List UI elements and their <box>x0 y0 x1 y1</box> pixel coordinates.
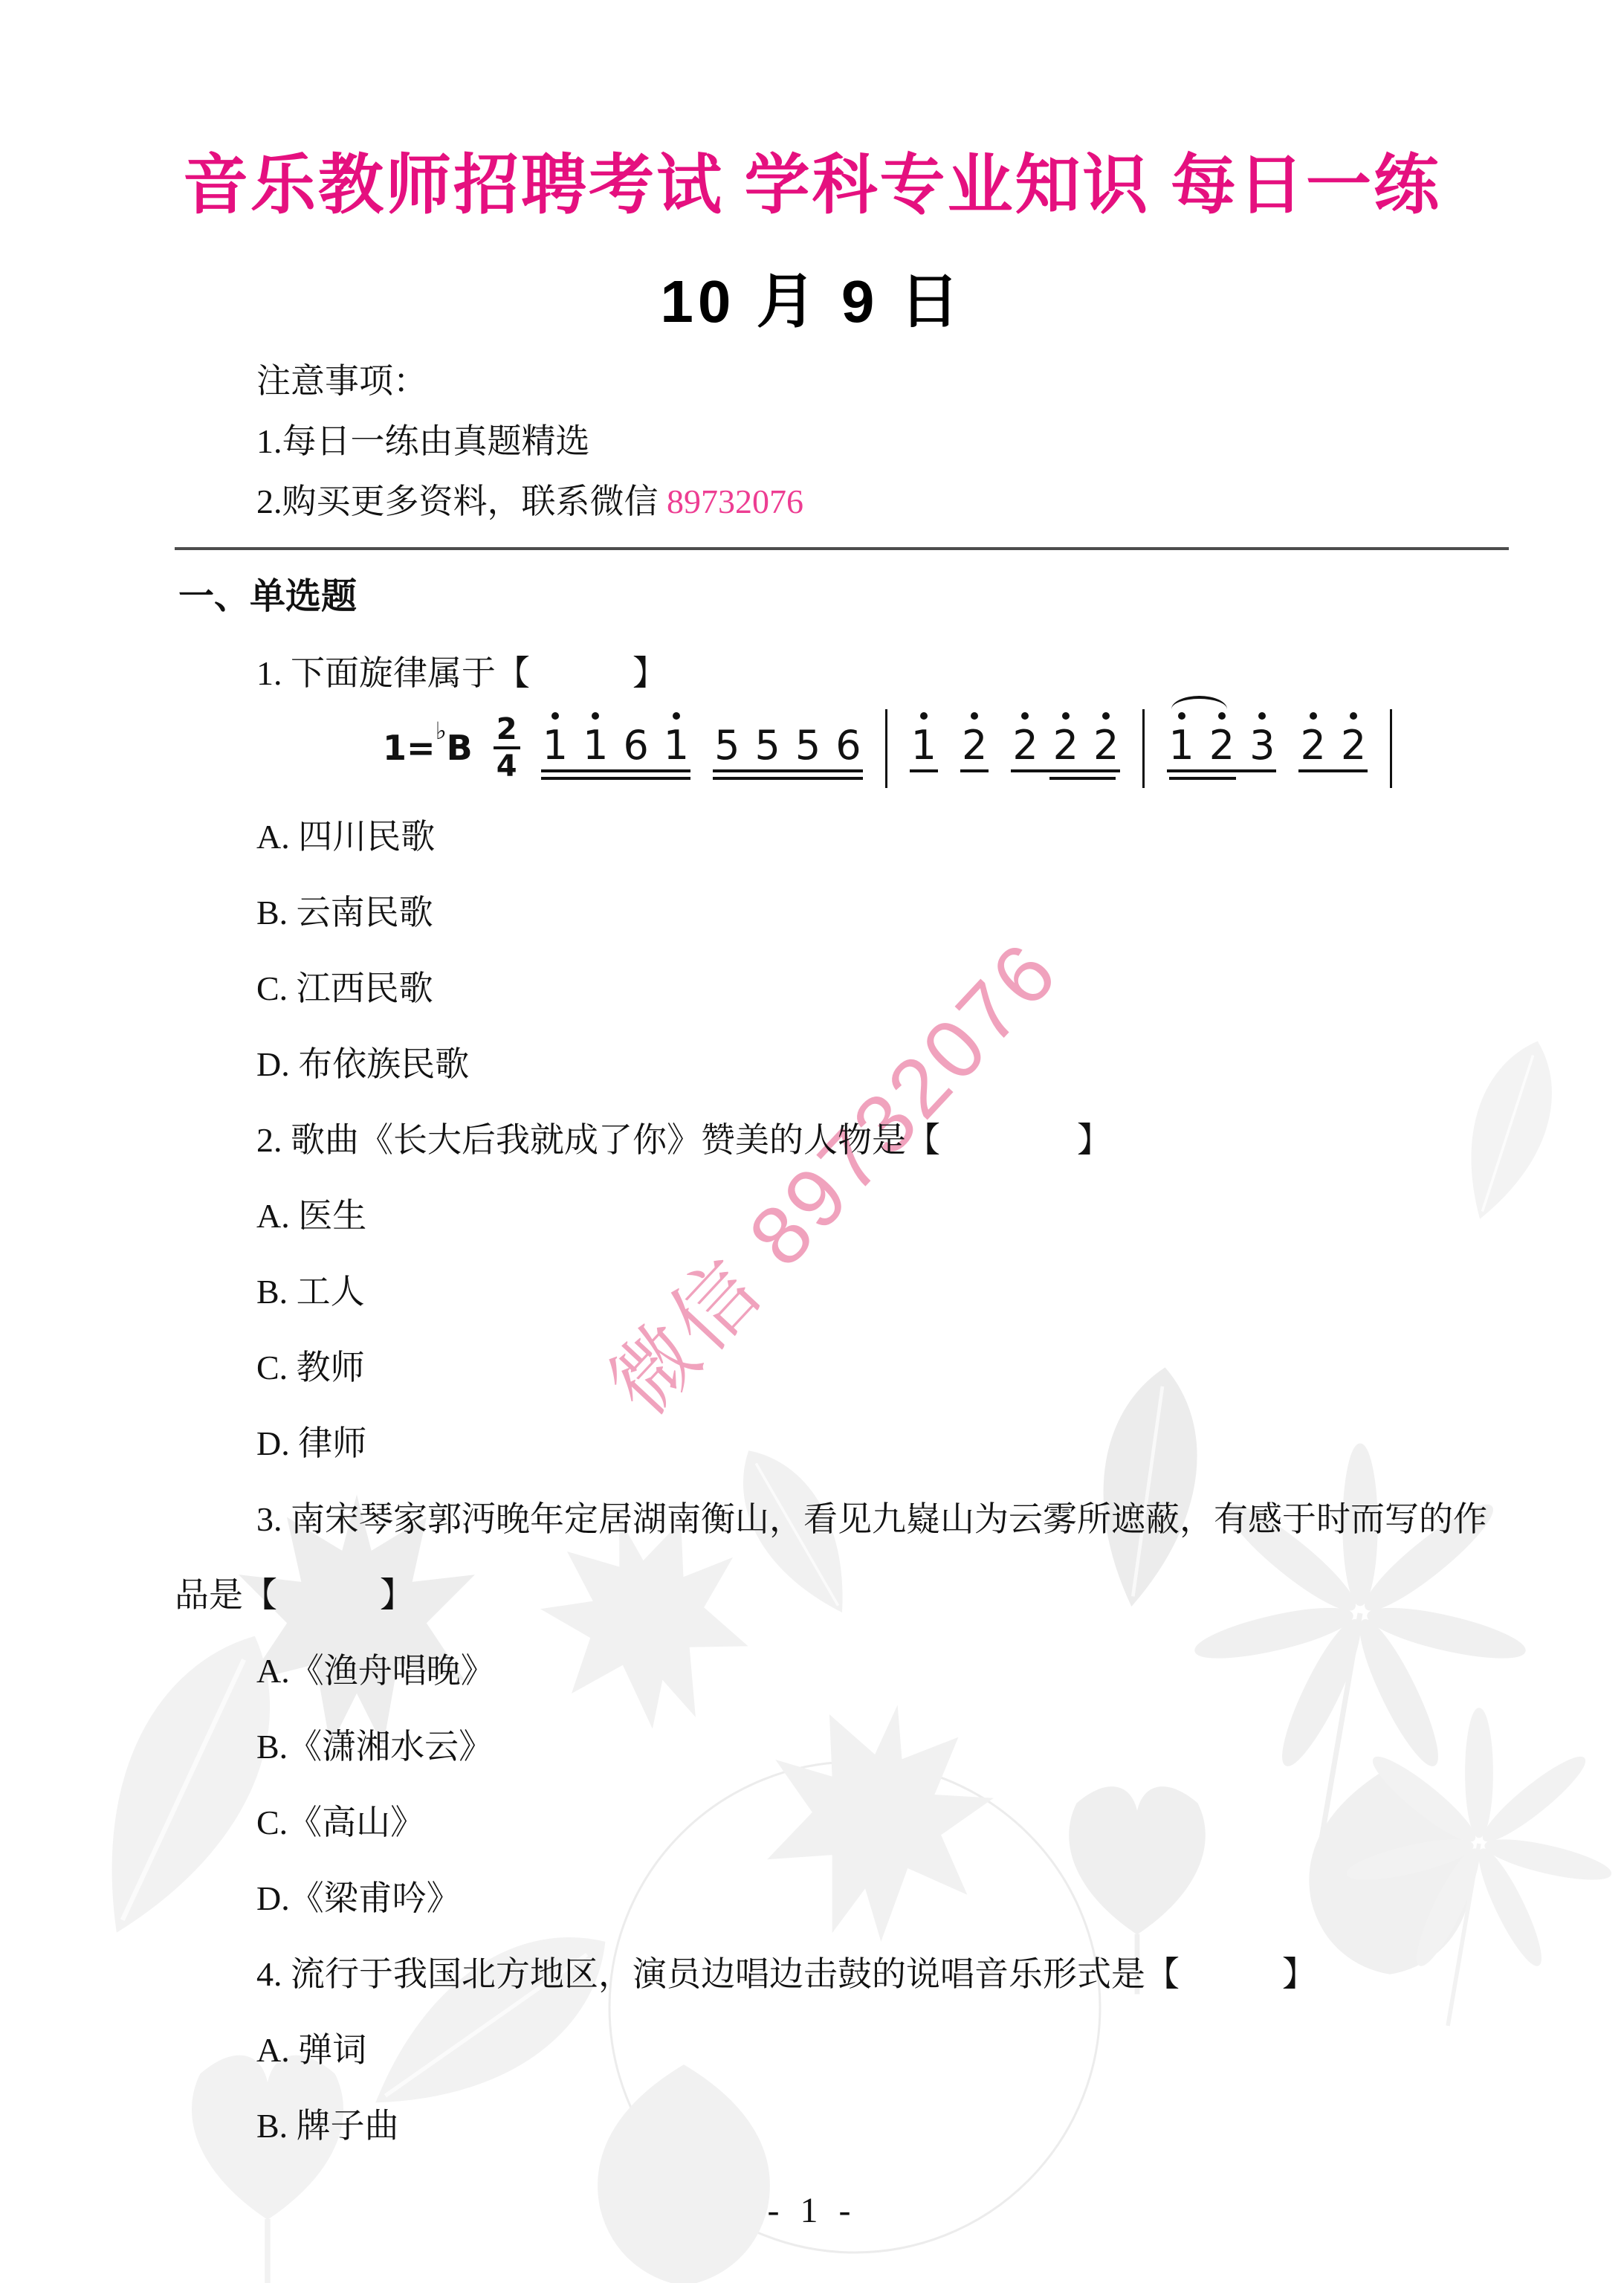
notes-heading: 注意事项： <box>256 362 427 401</box>
notes-row: 116155561222212322 <box>541 708 1392 788</box>
question-4-option-b: B. 牌子曲 <box>256 2107 399 2146</box>
question-1-option-a: A. 四川民歌 <box>256 818 435 857</box>
note-digit: 2 <box>1093 722 1119 769</box>
question-3-option-b: B.《潇湘水云》 <box>256 1728 493 1767</box>
beam-line <box>713 769 862 772</box>
octave-dot <box>592 712 599 720</box>
note-digit: 1 <box>543 722 568 769</box>
question-3-option-d: D.《梁甫吟》 <box>256 1879 461 1919</box>
question-3-option-c: C.《高山》 <box>256 1804 424 1843</box>
beam-line <box>1298 769 1368 772</box>
octave-dot <box>551 712 559 720</box>
note-group: 1 <box>910 708 938 766</box>
beam-line <box>541 777 690 780</box>
note: 1 <box>911 708 936 766</box>
note: 2 <box>1300 708 1325 766</box>
note-digit: 2 <box>1209 722 1235 769</box>
slur <box>1171 696 1227 723</box>
note-group: 2 <box>960 708 989 766</box>
note: 2 <box>1341 708 1366 766</box>
note: 1 <box>664 708 689 766</box>
notes-item-2: 2.购买更多资料，联系微信 89732076 <box>256 482 803 522</box>
note-digit: 6 <box>623 722 648 769</box>
question-4-option-a: A. 弹词 <box>256 2031 366 2070</box>
note: 1 <box>543 708 568 766</box>
note-group: 222 <box>1011 708 1120 766</box>
note-group: 1161 <box>541 708 690 766</box>
note-group: 123 <box>1167 708 1276 766</box>
octave-dot <box>920 712 928 720</box>
octave-dot <box>1102 712 1110 720</box>
beam-line <box>541 769 690 772</box>
beam-line <box>1049 777 1116 780</box>
note-digit: 5 <box>714 722 740 769</box>
flat-icon: ♭ <box>436 719 447 743</box>
octave-dot <box>1021 712 1029 720</box>
note: 5 <box>714 708 740 766</box>
beam-line <box>960 769 989 772</box>
beam-line <box>910 769 938 772</box>
key-prefix: 1= <box>383 731 436 765</box>
octave-dot <box>1350 712 1357 720</box>
note: 2 <box>1012 708 1038 766</box>
key-signature: 1=♭B <box>383 731 473 765</box>
question-1-option-b: B. 云南民歌 <box>256 894 433 933</box>
notes-item-2-text: 2.购买更多资料，联系微信 <box>256 482 667 520</box>
barline <box>885 709 887 788</box>
wechat-number: 89732076 <box>667 482 803 520</box>
note-digit: 5 <box>795 722 821 769</box>
octave-dot <box>1062 712 1070 720</box>
question-1-option-c: C. 江西民歌 <box>256 969 433 1009</box>
octave-dot <box>673 712 680 720</box>
note: 5 <box>795 708 821 766</box>
note-digit: 1 <box>1168 722 1194 769</box>
question-1-text: 1. 下面旋律属于【 】 <box>256 654 667 694</box>
note-digit: 6 <box>835 722 861 769</box>
exam-page: 微信 89732076 音乐教师招聘考试 学科专业知识 每日一练 10 月 9 … <box>0 0 1624 2283</box>
question-2-text: 2. 歌曲《长大后我就成了你》赞美的人物是【 】 <box>256 1121 1111 1160</box>
note: 1 <box>583 708 608 766</box>
divider-line <box>175 547 1509 550</box>
time-signature-bottom: 4 <box>496 752 517 781</box>
key-letter: B <box>447 731 473 765</box>
note: 6 <box>835 708 861 766</box>
note-digit: 1 <box>911 722 936 769</box>
note-digit: 3 <box>1249 722 1275 769</box>
barline <box>1142 709 1145 788</box>
note-digit: 5 <box>755 722 780 769</box>
note-digit: 2 <box>1012 722 1038 769</box>
question-3-option-a: A.《渔舟唱晚》 <box>256 1652 495 1691</box>
question-2-option-c: C. 教师 <box>256 1349 365 1388</box>
note: 6 <box>623 708 648 766</box>
note-digit: 2 <box>1300 722 1325 769</box>
time-signature-top: 2 <box>496 714 517 744</box>
beam-line <box>1169 777 1235 780</box>
note-digit: 1 <box>583 722 608 769</box>
note: 3 <box>1249 708 1275 766</box>
note-group: 5556 <box>713 708 862 766</box>
note-digit: 2 <box>1341 722 1366 769</box>
notes-item-1: 1.每日一练由真题精选 <box>256 422 590 462</box>
question-2-option-b: B. 工人 <box>256 1273 365 1312</box>
question-1-option-d: D. 布依族民歌 <box>256 1045 469 1085</box>
page-title: 音乐教师招聘考试 学科专业知识 每日一练 <box>0 152 1624 218</box>
note: 2 <box>962 708 987 766</box>
note: 5 <box>755 708 780 766</box>
page-date: 10 月 9 日 <box>0 272 1624 332</box>
note: 2 <box>1053 708 1078 766</box>
octave-dot <box>1310 712 1317 720</box>
note-digit: 2 <box>1053 722 1078 769</box>
document-content: 音乐教师招聘考试 学科专业知识 每日一练 10 月 9 日 注意事项： 1.每日… <box>0 0 1624 2283</box>
question-3-text-line-2: 品是【 】 <box>175 1576 414 1615</box>
note-digit: 1 <box>664 722 689 769</box>
question-3-text-line-1: 3. 南宋琴家郭沔晚年定居湖南衡山，看见九嶷山为云雾所遮蔽，有感于时而写的作 <box>256 1500 1487 1540</box>
octave-dot <box>971 712 978 720</box>
music-notation: 1=♭B 2 4 116155561222212322 <box>383 708 1392 788</box>
beam-line <box>713 777 862 780</box>
beam-line <box>1167 769 1276 772</box>
question-2-option-a: A. 医生 <box>256 1197 366 1236</box>
note: 2 <box>1093 708 1119 766</box>
note-digit: 2 <box>962 722 987 769</box>
note-group: 22 <box>1298 708 1368 766</box>
question-2-option-d: D. 律师 <box>256 1424 366 1464</box>
question-4-text: 4. 流行于我国北方地区，演员边唱边击鼓的说唱音乐形式是【 】 <box>256 1955 1316 1995</box>
section-title: 一、单选题 <box>178 578 357 617</box>
time-signature: 2 4 <box>494 714 520 781</box>
page-number: - 1 - <box>0 2193 1624 2229</box>
barline <box>1390 709 1392 788</box>
octave-dot <box>1258 712 1266 720</box>
beam-line <box>1011 769 1120 772</box>
